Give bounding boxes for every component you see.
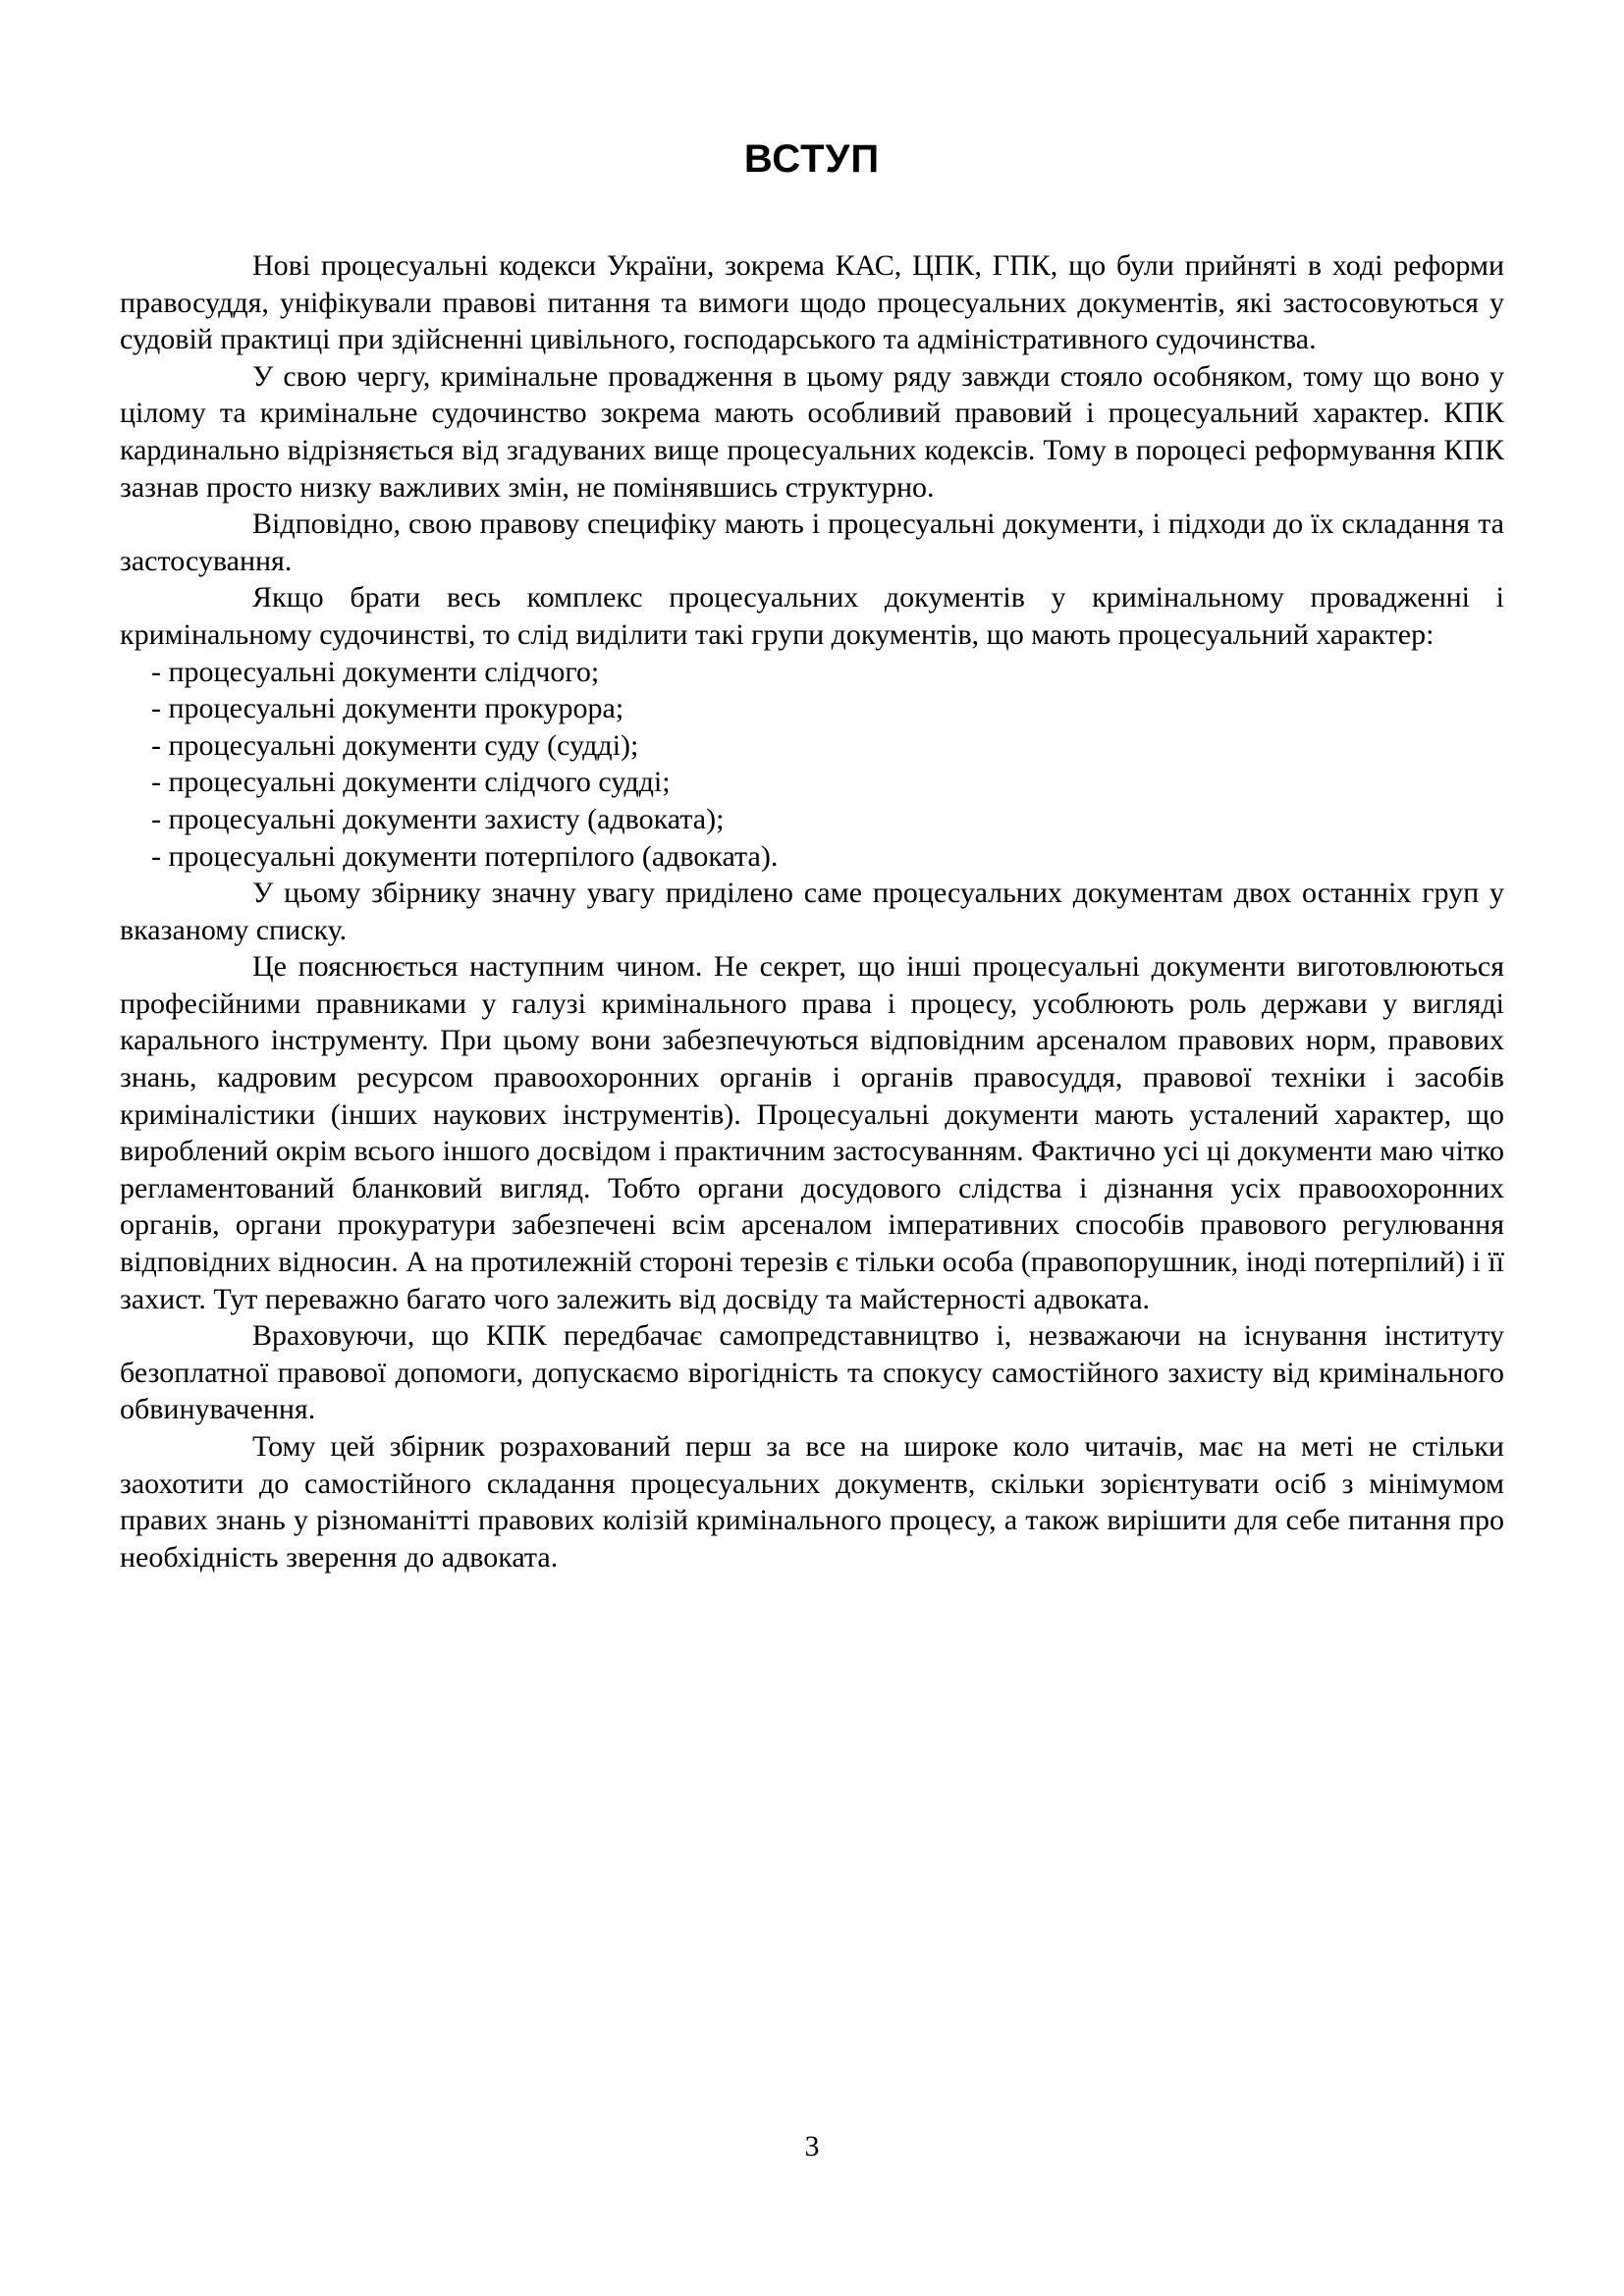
list-item-prosecutor-documents: - процесуальні документи прокурора;	[120, 690, 1504, 727]
closing-paragraph-2: Це пояснюється наступним чином. Не секре…	[120, 948, 1504, 1317]
page-title: ВСТУП	[120, 135, 1504, 183]
document-body: Нові процесуальні кодекси України, зокре…	[120, 247, 1504, 1575]
closing-paragraph-3: Враховуючи, що КПК передбачає самопредст…	[120, 1317, 1504, 1428]
closing-paragraph-4: Тому цей збірник розрахований перш за вс…	[120, 1428, 1504, 1575]
list-item-victim-documents: - процесуальні документи потерпілого (ад…	[120, 838, 1504, 876]
list-item-investigator-documents: - процесуальні документи слідчого;	[120, 654, 1504, 691]
list-item-investigating-judge-documents: - процесуальні документи слідчого судді;	[120, 764, 1504, 801]
page-number: 3	[0, 2128, 1624, 2165]
list-item-defense-documents: - процесуальні документи захисту (адвока…	[120, 801, 1504, 838]
list-item-court-documents: - процесуальні документи суду (судді);	[120, 727, 1504, 765]
intro-paragraph-4: Якщо брати весь комплекс процесуальних д…	[120, 579, 1504, 653]
closing-paragraph-1: У цьому збірнику значну увагу приділено …	[120, 875, 1504, 948]
intro-paragraph-1: Нові процесуальні кодекси України, зокре…	[120, 247, 1504, 358]
intro-paragraph-3: Відповідно, свою правову специфіку мають…	[120, 506, 1504, 579]
document-page: ВСТУП Нові процесуальні кодекси України,…	[0, 0, 1624, 2296]
intro-paragraph-2: У свою чергу, кримінальне провадження в …	[120, 358, 1504, 506]
